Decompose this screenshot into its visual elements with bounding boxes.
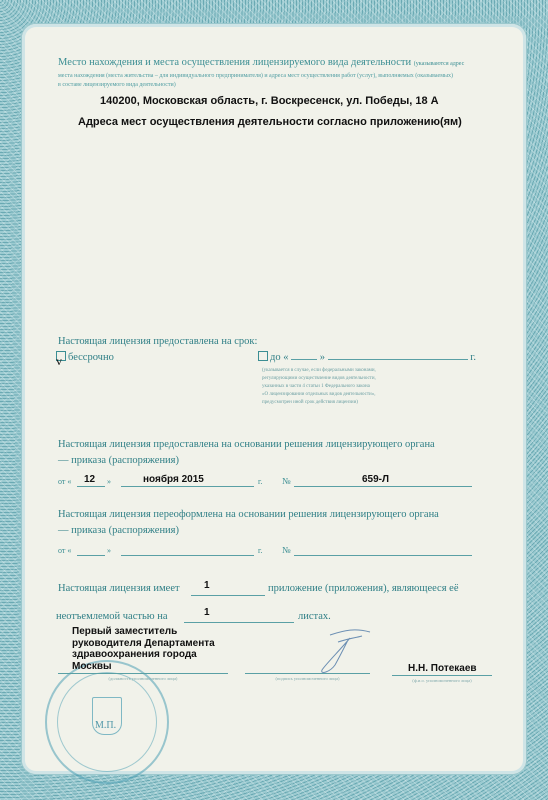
- addresses-note: Адреса мест осуществления деятельности с…: [78, 116, 462, 128]
- term-until-prefix: до «: [270, 352, 288, 363]
- granted-from-label: от «: [58, 477, 71, 486]
- term-unlimited-option[interactable]: vбессрочно: [56, 351, 114, 363]
- appendix-suffix: приложение (приложения), являющееся её: [268, 583, 459, 594]
- granted-month-field[interactable]: [121, 486, 254, 487]
- name-line-field: [392, 675, 492, 676]
- position-line: руководителя Департамента: [72, 638, 215, 650]
- position-caption: (должность уполномоченного лица): [58, 676, 228, 681]
- location-note-line2: места нахождения (места жительства – для…: [58, 72, 453, 81]
- position-line-field: [58, 673, 228, 674]
- appendix-sheets-value: 1: [204, 607, 210, 618]
- position-line: Москвы: [72, 661, 215, 673]
- appendix-sheets-field[interactable]: [184, 622, 294, 623]
- signature-scribble-icon: [300, 620, 380, 680]
- note-line: указанных в части 4 статьи 1 Федеральног…: [262, 383, 376, 391]
- position-line: Первый заместитель: [72, 626, 215, 638]
- location-note-inline: (указываются адрес: [414, 61, 465, 67]
- location-heading-text: Место нахождения и места осуществления л…: [58, 57, 411, 68]
- reissued-number-label: №: [282, 545, 291, 555]
- location-note-line3: в составе лицензируемого вида деятельнос…: [58, 81, 176, 90]
- reissued-year-suffix: г.: [258, 546, 262, 555]
- reissued-close-quote: »: [107, 546, 111, 555]
- signature-caption: (подпись уполномоченного лица): [245, 676, 370, 681]
- note-line: регулирующими осуществление видов деятел…: [262, 375, 376, 383]
- granted-heading-line1: Настоящая лицензия предоставлена на осно…: [58, 437, 435, 453]
- term-until-suffix: г.: [470, 352, 476, 363]
- appendix-sheets-prefix: неотъемлемой частью на: [56, 611, 167, 622]
- appendix-count-field[interactable]: [191, 595, 265, 596]
- stamp-label: М.П.: [95, 720, 116, 731]
- checkbox-until[interactable]: [258, 351, 268, 361]
- reissued-number-field[interactable]: [294, 555, 472, 556]
- name-caption: (ф.и.о. уполномоченного лица): [392, 678, 492, 683]
- term-until-day-field[interactable]: [291, 359, 317, 360]
- appendix-count-value: 1: [204, 580, 210, 591]
- granted-number-label: №: [282, 476, 291, 486]
- term-until-mid: »: [320, 352, 325, 363]
- reissued-from-label: от «: [58, 546, 71, 555]
- signature-line-field: [245, 673, 370, 674]
- term-until-option[interactable]: до « » г.: [258, 351, 488, 363]
- term-until-note: (указывается в случае, если федеральными…: [262, 367, 376, 407]
- granted-heading-line2: — приказа (распоряжения): [58, 453, 435, 469]
- term-heading: Настоящая лицензия предоставлена на срок…: [58, 336, 257, 347]
- term-until-date-field[interactable]: [328, 359, 468, 360]
- position-line: здравоохранения города: [72, 649, 215, 661]
- signer-position: Первый заместитель руководителя Департам…: [72, 626, 215, 672]
- note-line: (указывается в случае, если федеральными…: [262, 367, 376, 375]
- reissued-heading-line2: — приказа (распоряжения): [58, 523, 439, 539]
- address-value: 140200, Московская область, г. Воскресен…: [100, 95, 439, 107]
- granted-day-field[interactable]: [77, 486, 105, 487]
- term-unlimited-label: бессрочно: [68, 352, 114, 363]
- signer-name: Н.Н. Потекаев: [408, 663, 477, 674]
- note-line: предусмотрен иной срок действия лицензии…: [262, 399, 376, 407]
- granted-month-value: ноября 2015: [143, 474, 204, 485]
- reissued-heading: Настоящая лицензия переоформлена на осно…: [58, 507, 439, 539]
- granted-number-value: 659-Л: [362, 474, 389, 485]
- appendix-prefix: Настоящая лицензия имеет: [58, 583, 180, 594]
- location-heading: Место нахождения и места осуществления л…: [58, 57, 464, 68]
- checkmark-icon: v: [56, 354, 62, 369]
- granted-year-suffix: г.: [258, 477, 262, 486]
- granted-day-value: 12: [84, 474, 95, 485]
- reissued-heading-line1: Настоящая лицензия переоформлена на осно…: [58, 507, 439, 523]
- reissued-month-field[interactable]: [121, 555, 254, 556]
- granted-number-field[interactable]: [294, 486, 472, 487]
- note-line: «О лицензировании отдельных видов деятел…: [262, 391, 376, 399]
- reissued-day-field[interactable]: [77, 555, 105, 556]
- granted-close-quote: »: [107, 477, 111, 486]
- granted-heading: Настоящая лицензия предоставлена на осно…: [58, 437, 435, 469]
